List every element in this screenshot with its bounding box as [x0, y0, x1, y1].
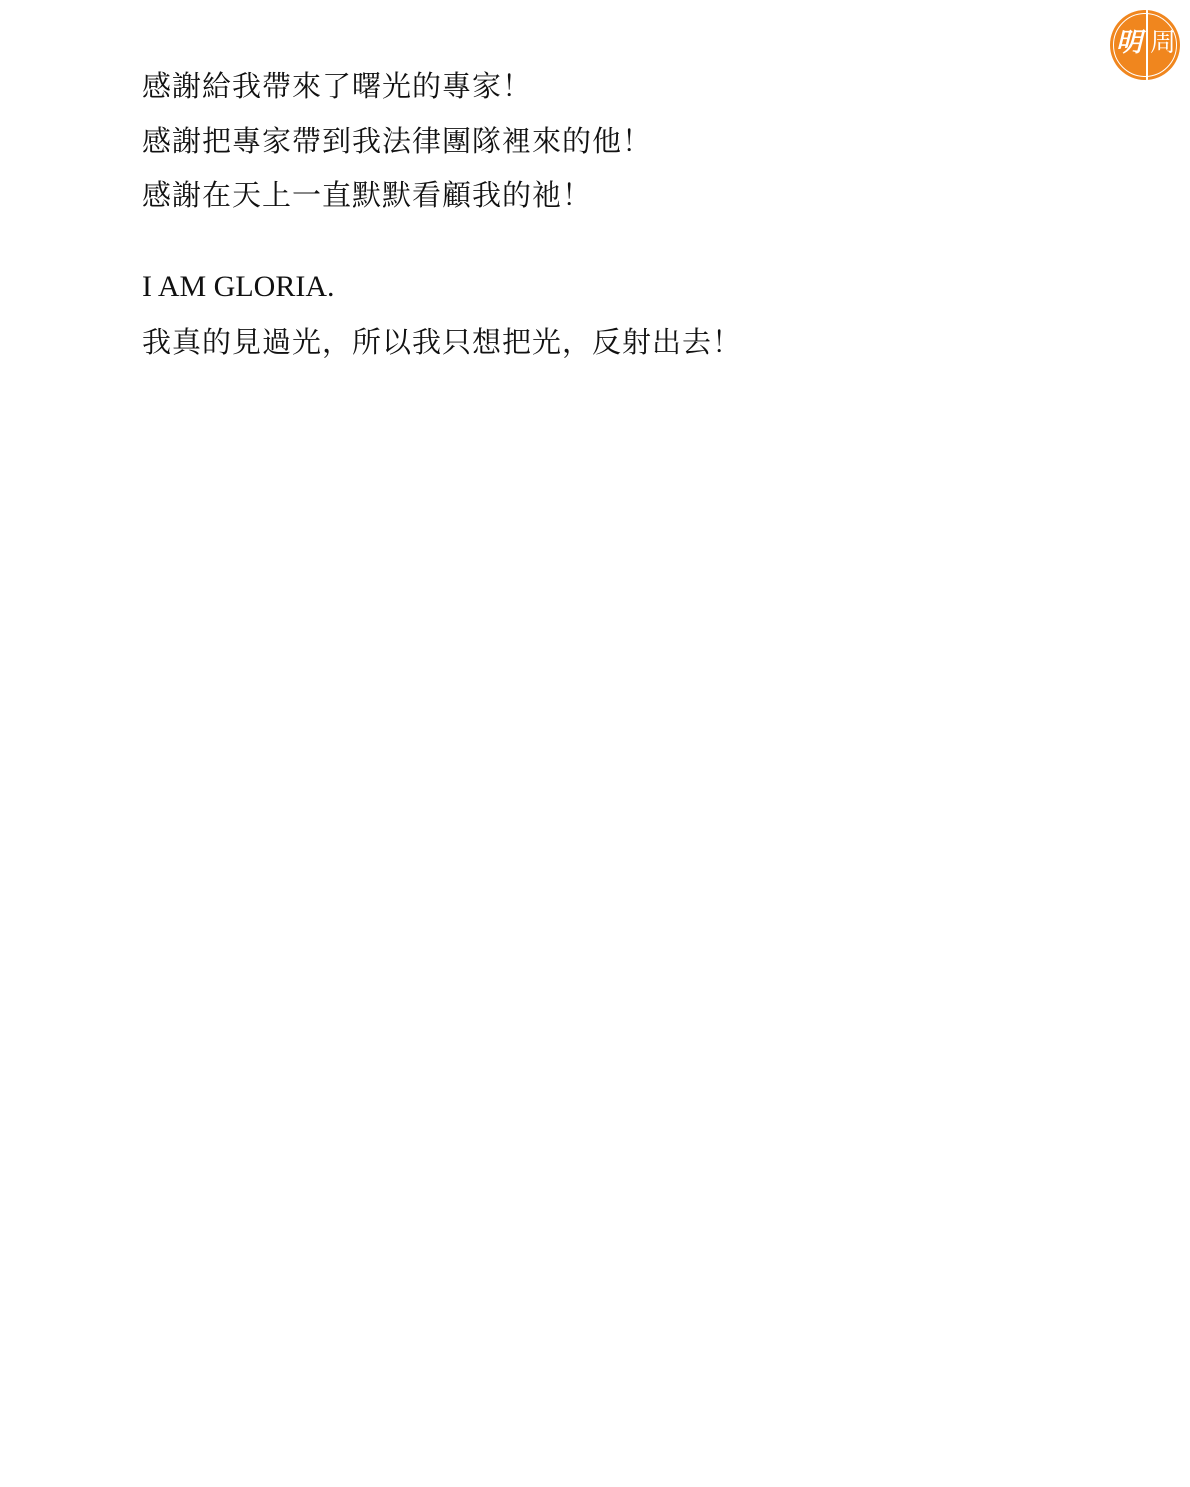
logo-char-zhou: 周	[1150, 28, 1176, 58]
text-line-thanks-expert: 感謝給我帶來了曙光的專家！	[142, 64, 532, 105]
logo-divider	[1146, 10, 1148, 80]
text-line-reflect-light: 我真的見過光，所以我只想把光，反射出去！	[142, 320, 742, 361]
text-line-thanks-god: 感謝在天上一直默默看顧我的祂！	[142, 173, 592, 214]
text-line-thanks-him: 感謝把專家帶到我法律團隊裡來的他！	[142, 119, 652, 160]
text-line-i-am-gloria: I AM GLORIA.	[142, 270, 335, 304]
mingpao-weekly-logo: 明 周	[1110, 10, 1180, 80]
logo-char-ming: 明	[1116, 28, 1142, 58]
